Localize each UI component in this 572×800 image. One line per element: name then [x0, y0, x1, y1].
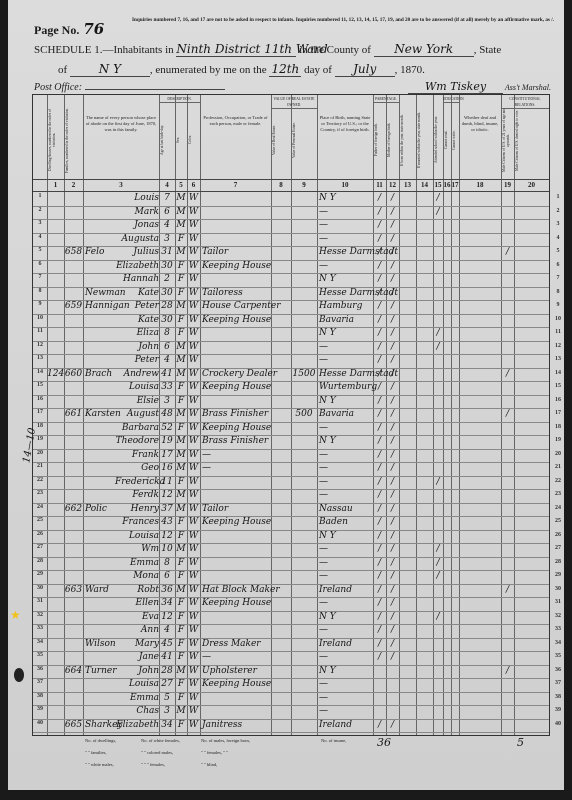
birthplace: N Y — [319, 396, 373, 406]
sex: M — [175, 193, 187, 203]
mother-foreign: / — [386, 315, 399, 325]
given-name: Ellen — [115, 598, 159, 608]
row-number: 24 — [33, 504, 47, 510]
mother-foreign: / — [386, 423, 399, 433]
given-name: Elizabeth — [115, 720, 159, 730]
color: W — [187, 436, 200, 446]
mother-foreign: / — [386, 193, 399, 203]
family-number: 663 — [64, 585, 83, 595]
row-number: 3 — [33, 220, 47, 226]
occupation: Tailor — [202, 247, 270, 257]
color: W — [187, 409, 200, 419]
column-header-2: Families, numbered in the order of visit… — [65, 105, 82, 175]
sex: F — [175, 382, 187, 392]
given-name: Julius — [115, 247, 159, 257]
row-number-right: 28 — [551, 559, 565, 565]
age: 52 — [159, 423, 175, 433]
given-name: Eliza — [115, 328, 159, 338]
sex: F — [175, 531, 187, 541]
row-number: 25 — [33, 517, 47, 523]
row-number-right: 3 — [551, 221, 565, 227]
birthplace: Ireland — [319, 585, 373, 595]
father-foreign: / — [373, 463, 386, 473]
footer-white-males: " " white males, — [85, 762, 114, 767]
color: W — [187, 261, 200, 271]
table-row: 33Ann4FW—//33 — [33, 624, 549, 638]
given-name: Robt — [115, 585, 159, 595]
sex: M — [175, 585, 187, 595]
row-number-right: 34 — [551, 640, 565, 646]
age: 28 — [159, 301, 175, 311]
column-number-18: 18 — [459, 181, 501, 189]
mother-foreign: / — [386, 544, 399, 554]
row-number: 10 — [33, 315, 47, 321]
birthplace: Hesse Darmstadt — [319, 247, 373, 257]
column-header-20: Male Citizens of U.S. denied right to vo… — [515, 105, 548, 175]
table-row: 11Eliza8FWN Y///11 — [33, 327, 549, 341]
birthplace: N Y — [319, 436, 373, 446]
column-header-6: Color. — [188, 105, 199, 175]
column-number-9: 9 — [291, 181, 317, 189]
table-row: 14124660BrachAndrew41MWCrockery Dealer15… — [33, 368, 549, 382]
age: 41 — [159, 369, 175, 379]
mother-foreign: / — [386, 436, 399, 446]
ink-blot — [14, 668, 24, 682]
given-name: Louisa — [115, 679, 159, 689]
row-number: 33 — [33, 625, 47, 631]
age: 12 — [159, 612, 175, 622]
dwelling-number: 124 — [47, 369, 64, 379]
male-citizen: / — [501, 666, 514, 676]
mother-foreign: / — [386, 234, 399, 244]
page-number-label: Page No.76 — [34, 20, 104, 38]
sex: M — [175, 369, 187, 379]
father-foreign: / — [373, 477, 386, 487]
table-row: 8NewmanKate30FWTailoressHesse Darmstadt/… — [33, 287, 549, 301]
row-number-right: 30 — [551, 586, 565, 592]
occupation: Keeping House — [202, 423, 270, 433]
color: W — [187, 207, 200, 217]
color: W — [187, 612, 200, 622]
sex: F — [175, 571, 187, 581]
father-foreign: / — [373, 382, 386, 392]
mother-foreign: / — [386, 598, 399, 608]
row-number-right: 32 — [551, 613, 565, 619]
sex: F — [175, 396, 187, 406]
color: W — [187, 234, 200, 244]
column-number-5: 5 — [175, 181, 187, 189]
age: 34 — [159, 598, 175, 608]
sex: F — [175, 720, 187, 730]
age: 12 — [159, 531, 175, 541]
age: 8 — [159, 328, 175, 338]
sex: M — [175, 355, 187, 365]
given-name: Elsie — [115, 396, 159, 406]
father-foreign: / — [373, 369, 386, 379]
occupation: — — [202, 652, 270, 662]
given-name: Kate — [115, 315, 159, 325]
table-row: 37Louisa27FWKeeping House—37 — [33, 678, 549, 692]
male-citizen: / — [501, 247, 514, 257]
row-number-right: 6 — [551, 262, 565, 268]
occupation: Brass Finisher — [202, 409, 270, 419]
given-name: Emma — [115, 693, 159, 703]
citizens-total: 5 — [517, 736, 524, 749]
age: 12 — [159, 490, 175, 500]
given-name: Louisa — [115, 382, 159, 392]
sex: M — [175, 666, 187, 676]
father-foreign: / — [373, 544, 386, 554]
sex: M — [175, 490, 187, 500]
sex: M — [175, 220, 187, 230]
row-number-right: 9 — [551, 302, 565, 308]
given-name: Kate — [115, 288, 159, 298]
row-number: 15 — [33, 382, 47, 388]
given-name: Jonas — [115, 220, 159, 230]
post-office-label: Post Office: — [34, 82, 225, 93]
age: 28 — [159, 666, 175, 676]
sex: F — [175, 274, 187, 284]
table-row: 21Geo16MW——//21 — [33, 462, 549, 476]
given-name: Louisa — [115, 531, 159, 541]
row-number: 32 — [33, 612, 47, 618]
column-header-5: Sex. — [176, 105, 186, 175]
column-header-8: Value of Real Estate. — [272, 105, 290, 175]
father-foreign: / — [373, 531, 386, 541]
column-number-8: 8 — [271, 181, 291, 189]
column-header-19: Male Citizens of U.S. of 21 years of age… — [502, 105, 513, 175]
header-divider — [33, 179, 549, 180]
surname: Turner — [85, 666, 117, 676]
mother-foreign: / — [386, 409, 399, 419]
enumeration-line: of N Y, enumerated by me on the 12th day… — [58, 62, 425, 77]
sex: F — [175, 612, 187, 622]
given-name: Mark — [115, 207, 159, 217]
birthplace: — — [319, 477, 373, 487]
given-name: Chas — [115, 706, 159, 716]
table-row: 18Barbara52FWKeeping House—//18 — [33, 422, 549, 436]
birthplace: — — [319, 571, 373, 581]
color: W — [187, 625, 200, 635]
column-header-7: Profession, Occupation, or Trade of each… — [201, 115, 270, 127]
age: 10 — [159, 544, 175, 554]
table-row: 1Louis7MWN Y///1 — [33, 192, 549, 206]
row-number-right: 7 — [551, 275, 565, 281]
surname: Wilson — [85, 639, 116, 649]
row-number: 2 — [33, 207, 47, 213]
birthplace: — — [319, 450, 373, 460]
mother-foreign: / — [386, 220, 399, 230]
father-foreign: / — [373, 612, 386, 622]
column-number-13: 13 — [399, 181, 416, 189]
column-header-18: Whether deaf and dumb, blind, insane, or… — [460, 115, 500, 133]
birthplace: N Y — [319, 328, 373, 338]
father-foreign: / — [373, 585, 386, 595]
column-header-16: Cannot read. — [444, 105, 450, 175]
row-number-right: 20 — [551, 451, 565, 457]
occupation: Tailoress — [202, 288, 270, 298]
birthplace: Bavaria — [319, 409, 373, 419]
father-foreign: / — [373, 625, 386, 635]
row-number: 12 — [33, 342, 47, 348]
column-header-10: Place of Birth, naming State or Territor… — [318, 115, 372, 133]
color: W — [187, 396, 200, 406]
row-number: 35 — [33, 652, 47, 658]
column-header-15: Attended school within the year. — [434, 105, 442, 175]
occupation: Keeping House — [202, 517, 270, 527]
color: W — [187, 247, 200, 257]
age: 41 — [159, 652, 175, 662]
attended-school: / — [433, 477, 443, 487]
table-row: 4Augusta3FW—//4 — [33, 233, 549, 247]
occupation: Keeping House — [202, 598, 270, 608]
birthplace: N Y — [319, 193, 373, 203]
column-header-9: Value of Personal Estate. — [292, 105, 316, 175]
row-number-right: 12 — [551, 343, 565, 349]
given-name: Fredericka — [115, 477, 159, 487]
row-number-right: 18 — [551, 424, 565, 430]
sex: F — [175, 288, 187, 298]
mother-foreign: / — [386, 342, 399, 352]
age: 31 — [159, 247, 175, 257]
male-citizen: / — [501, 369, 514, 379]
district-field: Ninth District 11th Ward — [176, 42, 296, 57]
color: W — [187, 490, 200, 500]
age: 11 — [159, 477, 175, 487]
mother-foreign: / — [386, 247, 399, 257]
attended-school: / — [433, 558, 443, 568]
age: 30 — [159, 288, 175, 298]
age: 5 — [159, 693, 175, 703]
row-number-right: 10 — [551, 316, 565, 322]
birthplace: — — [319, 490, 373, 500]
row-number: 23 — [33, 490, 47, 496]
column-header-14: If married within the year, state month. — [417, 105, 432, 175]
table-row: 6Elizabeth30FWKeeping House—//6 — [33, 260, 549, 274]
footer-colored-females: " " " females, — [141, 762, 165, 767]
attended-school: / — [433, 193, 443, 203]
sex: M — [175, 544, 187, 554]
father-foreign: / — [373, 517, 386, 527]
table-row: 12John6MW—///12 — [33, 341, 549, 355]
birthplace: — — [319, 625, 373, 635]
row-number-right: 19 — [551, 437, 565, 443]
birthplace: — — [319, 220, 373, 230]
father-foreign: / — [373, 396, 386, 406]
given-name: Geo — [115, 463, 159, 473]
color: W — [187, 328, 200, 338]
row-number: 8 — [33, 288, 47, 294]
family-number: 665 — [64, 720, 83, 730]
father-foreign: / — [373, 409, 386, 419]
marshal-line: Wm Tiskey Ass't Marshal. — [408, 80, 551, 94]
column-number-11: 11 — [373, 181, 386, 189]
given-name: Andrew — [115, 369, 159, 379]
row-number-right: 11 — [551, 329, 565, 335]
sex: F — [175, 679, 187, 689]
color: W — [187, 693, 200, 703]
column-number-3: 3 — [83, 181, 159, 189]
table-row: 26Louisa12FWN Y//26 — [33, 530, 549, 544]
color: W — [187, 301, 200, 311]
row-number: 26 — [33, 531, 47, 537]
color: W — [187, 288, 200, 298]
color: W — [187, 720, 200, 730]
footer-dwellings: No. of dwellings, — [85, 738, 116, 743]
row-number: 22 — [33, 477, 47, 483]
male-citizen: / — [501, 585, 514, 595]
group-header-education: EDUCATION. — [443, 96, 459, 103]
birthplace: — — [319, 463, 373, 473]
birthplace: — — [319, 423, 373, 433]
row-number: 4 — [33, 234, 47, 240]
sex: F — [175, 625, 187, 635]
row-number-right: 40 — [551, 721, 565, 727]
row-number: 20 — [33, 450, 47, 456]
row-number-right: 39 — [551, 707, 565, 713]
inquiry-note: Inquiries numbered 7, 16, and 17 are not… — [128, 17, 558, 24]
row-number: 31 — [33, 598, 47, 604]
given-name: Ann — [115, 625, 159, 635]
column-number-14: 14 — [416, 181, 433, 189]
age: 17 — [159, 450, 175, 460]
birthplace: — — [319, 207, 373, 217]
given-name: Augusta — [115, 234, 159, 244]
table-row: 5658FeloJulius31MWTailorHesse Darmstadt/… — [33, 246, 549, 260]
color: W — [187, 666, 200, 676]
birthplace: N Y — [319, 666, 373, 676]
table-row: 31Ellen34FWKeeping House—//31 — [33, 597, 549, 611]
attended-school: / — [433, 544, 443, 554]
age: 6 — [159, 207, 175, 217]
row-number: 1 — [33, 193, 47, 199]
row-number-right: 22 — [551, 478, 565, 484]
row-number-right: 33 — [551, 626, 565, 632]
age: 4 — [159, 355, 175, 365]
color: W — [187, 342, 200, 352]
sex: M — [175, 706, 187, 716]
occupation: Janitress — [202, 720, 270, 730]
sex: F — [175, 652, 187, 662]
table-row: 34WilsonMary45FWDress MakerIreland//34 — [33, 638, 549, 652]
census-page: Page No.76 Inquiries numbered 7, 16, and… — [8, 0, 564, 790]
color: W — [187, 585, 200, 595]
table-row: 16Elsie3FWN Y//16 — [33, 395, 549, 409]
color: W — [187, 517, 200, 527]
given-name: Eva — [115, 612, 159, 622]
personal-estate-value: 1500 — [291, 369, 317, 379]
column-number-16: 16 — [443, 181, 451, 189]
post-office-field — [85, 89, 225, 90]
color: W — [187, 274, 200, 284]
given-name: John — [115, 666, 159, 676]
parentage-total: 36 — [377, 736, 391, 749]
birthplace: N Y — [319, 531, 373, 541]
row-number: 28 — [33, 558, 47, 564]
mother-foreign: / — [386, 463, 399, 473]
age: 30 — [159, 261, 175, 271]
color: W — [187, 679, 200, 689]
age: 3 — [159, 234, 175, 244]
surname: Ward — [85, 585, 109, 595]
family-number: 658 — [64, 247, 83, 257]
father-foreign: / — [373, 436, 386, 446]
given-name: August — [115, 409, 159, 419]
row-number-right: 16 — [551, 397, 565, 403]
row-number: 34 — [33, 639, 47, 645]
row-number-right: 14 — [551, 370, 565, 376]
table-row: 22Fredericka11FW—///22 — [33, 476, 549, 490]
row-number-right: 31 — [551, 599, 565, 605]
age: 43 — [159, 517, 175, 527]
mother-foreign: / — [386, 652, 399, 662]
birthplace: N Y — [319, 274, 373, 284]
sex: M — [175, 436, 187, 446]
row-number: 13 — [33, 355, 47, 361]
column-number-6: 6 — [187, 181, 200, 189]
sex: F — [175, 693, 187, 703]
surname: Brach — [85, 369, 112, 379]
father-foreign: / — [373, 261, 386, 271]
birthplace: N Y — [319, 612, 373, 622]
sex: F — [175, 477, 187, 487]
row-number: 40 — [33, 720, 47, 726]
given-name: Theodore — [115, 436, 159, 446]
given-name: Wm — [115, 544, 159, 554]
group-header-constitutional: CONSTITUTIONAL RELATIONS. — [501, 96, 549, 109]
given-name: Barbara — [115, 423, 159, 433]
sex: M — [175, 504, 187, 514]
father-foreign: / — [373, 274, 386, 284]
table-row: 28Emma8FW—///28 — [33, 557, 549, 571]
row-number: 29 — [33, 571, 47, 577]
attended-school: / — [433, 207, 443, 217]
row-number-right: 1 — [551, 194, 565, 200]
row-number: 21 — [33, 463, 47, 469]
mother-foreign: / — [386, 382, 399, 392]
row-number: 6 — [33, 261, 47, 267]
occupation: Upholsterer — [202, 666, 270, 676]
row-number: 17 — [33, 409, 47, 415]
page-number: 76 — [83, 20, 104, 38]
given-name: Peter — [115, 301, 159, 311]
footer-insane: No. of insane, — [321, 738, 346, 743]
birthplace: — — [319, 706, 373, 716]
family-number: 661 — [64, 409, 83, 419]
row-number-right: 2 — [551, 208, 565, 214]
father-foreign: / — [373, 315, 386, 325]
birthplace: — — [319, 261, 373, 271]
occupation: Crockery Dealer — [202, 369, 270, 379]
row-number-right: 36 — [551, 667, 565, 673]
father-foreign: / — [373, 234, 386, 244]
occupation: Dress Maker — [202, 639, 270, 649]
table-row: 24662PolicHenry37MWTailorNassau//24 — [33, 503, 549, 517]
father-foreign: / — [373, 450, 386, 460]
sex: M — [175, 207, 187, 217]
mother-foreign: / — [386, 571, 399, 581]
mother-foreign: / — [386, 369, 399, 379]
marshal-signature: Wm Tiskey — [408, 80, 503, 94]
row-number-right: 29 — [551, 572, 565, 578]
mother-foreign: / — [386, 504, 399, 514]
column-number-19: 19 — [501, 181, 514, 189]
table-row: 20Frank17MW——//20 — [33, 449, 549, 463]
family-number: 659 — [64, 301, 83, 311]
age: 16 — [159, 463, 175, 473]
footer-colored-males: " " colored males, — [141, 750, 173, 755]
birthplace: Hesse Darmstadt — [319, 369, 373, 379]
